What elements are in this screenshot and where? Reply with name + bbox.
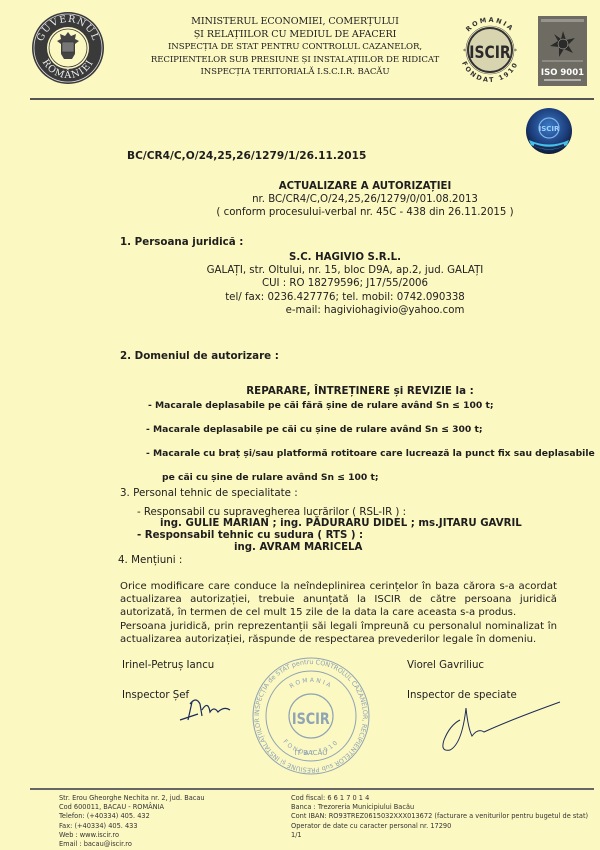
footer-postcode: Cod 600011, BACAU - ROMÂNIA [59,803,205,812]
header-line: MINISTERUL ECONOMIEI, COMERȚULUI [150,16,440,29]
document-reference: BC/CR4/C,O/24,25,26/1279/1/26.11.2015 [127,150,366,162]
company-address: GALAȚI, str. Oltului, nr. 15, bloc D9A, … [180,264,510,277]
mentions-paragraph: Orice modificare care conduce la neîndep… [120,580,557,620]
footer-page-number: 1/1 [291,831,588,840]
footer-fax: Fax: (+40334) 405. 433 [59,822,205,831]
company-phone: tel/ fax: 0236.427776; tel. mobil: 0742.… [180,291,510,304]
signature-left-icon [178,692,238,726]
svg-text:ROMANIA: ROMANIA [288,677,333,690]
footer-contact: Str. Erou Gheorghe Nechita nr. 2, jud. B… [59,794,205,849]
rts-label: - Responsabil tehnic cu sudura ( RTS ) : [137,530,363,541]
svg-text:*: * [463,48,466,55]
authorization-scope-heading: REPARARE, ÎNTREȚINERE și REVIZIE la : [200,385,520,397]
company-cui: CUI : RO 18279596; J17/55/2006 [180,277,510,290]
hologram-seal-icon: ISCIR [525,107,573,155]
document-title-block: ACTUALIZARE A AUTORIZAȚIEI nr. BC/CR4/C,… [200,180,530,219]
section-3-heading: 3. Personal tehnic de specialitate : [120,487,298,499]
iso-label: ISO 9001 [538,68,587,78]
signatory-right-name: Viorel Gavriliuc [407,660,484,671]
header-line: ȘI RELAȚIILOR CU MEDIUL DE AFACERI [150,29,440,42]
svg-text:IT BACĂU: IT BACĂU [295,748,328,757]
mentions-text: Orice modificare care conduce la neîndep… [120,580,557,646]
footer-data-operator: Operator de date cu caracter personal nr… [291,822,588,831]
document-title: ACTUALIZARE A AUTORIZAȚIEI [200,180,530,193]
rsl-names: ing. GULIE MARIAN ; ing. PĂDURARU DIDEL … [160,518,522,529]
iso-certification-icon: ISO 9001 [538,16,587,86]
footer-bank: Banca : Trezoreria Municipiului Bacău [291,803,588,812]
scope-item: - Macarale cu braț și/sau platformă roti… [146,448,595,459]
document-number: nr. BC/CR4/C,O/24,25,26/1279/0/01.08.201… [200,193,530,206]
footer-iban: Cont IBAN: RO93TREZ0615032XXX013672 (fac… [291,812,588,821]
header-divider [30,98,594,100]
footer-email: Email : bacau@iscir.ro [59,840,205,849]
section-1-heading: 1. Persoana juridică : [120,236,243,248]
iscir-logo-icon: ISCIR ROMANIA FONDAT 1910 * * [452,12,528,88]
header-line: INSPECȚIA DE STAT PENTRU CONTROLUL CAZAN… [150,41,440,54]
svg-text:ISCIR: ISCIR [292,711,330,729]
mentions-paragraph: Persoana juridică, prin reprezentanții s… [120,620,557,646]
issuer-header: MINISTERUL ECONOMIEI, COMERȚULUI ȘI RELA… [150,16,440,79]
company-email: e-mail: hagiviohagivio@yahoo.com [180,304,510,317]
signature-right-icon [430,700,570,758]
official-stamp-icon: INSPECȚIA de STAT pentru CONTROLUL CAZAN… [250,655,372,777]
svg-text:ISCIR: ISCIR [469,43,510,63]
section-4-heading: 4. Mențiuni : [118,554,182,566]
header-line: RECIPIENTELOR SUB PRESIUNE ȘI INSTALAȚII… [150,54,440,67]
svg-text:*: * [514,48,517,55]
footer-address: Str. Erou Gheorghe Nechita nr. 2, jud. B… [59,794,205,803]
scope-item-continuation: pe căi cu șine de rulare având Sn ≤ 100 … [162,472,379,483]
government-seal-icon: GUVERNUL ROMÂNIEI [30,10,106,86]
footer-phone: Telefon: (+40334) 405. 432 [59,812,205,821]
svg-text:ISCIR: ISCIR [539,125,560,133]
rsl-label: - Responsabil cu supravegherea lucrărilo… [137,507,406,518]
rts-names: ing. AVRAM MARICELA [234,542,362,553]
document-conform: ( conform procesului-verbal nr. 45C - 43… [200,206,530,219]
section-2-heading: 2. Domeniul de autorizare : [120,350,279,362]
company-name: S.C. HAGIVIO S.R.L. [180,251,510,264]
header-line: INSPECȚIA TERITORIALĂ I.S.C.I.R. BACĂU [150,66,440,79]
company-details: S.C. HAGIVIO S.R.L. GALAȚI, str. Oltului… [180,251,510,317]
scope-item: - Macarale deplasabile pe căi cu șine de… [146,424,483,435]
footer-fiscal-code: Cod fiscal: 6 6 1 7 0 1 4 [291,794,588,803]
signatory-left-name: Irinel-Petruș Iancu [122,660,214,671]
scope-item: - Macarale deplasabile pe căi fără șine … [148,400,494,411]
footer-fiscal: Cod fiscal: 6 6 1 7 0 1 4 Banca : Trezor… [291,794,588,840]
footer-divider [30,788,594,790]
footer-web: Web : www.iscir.ro [59,831,205,840]
